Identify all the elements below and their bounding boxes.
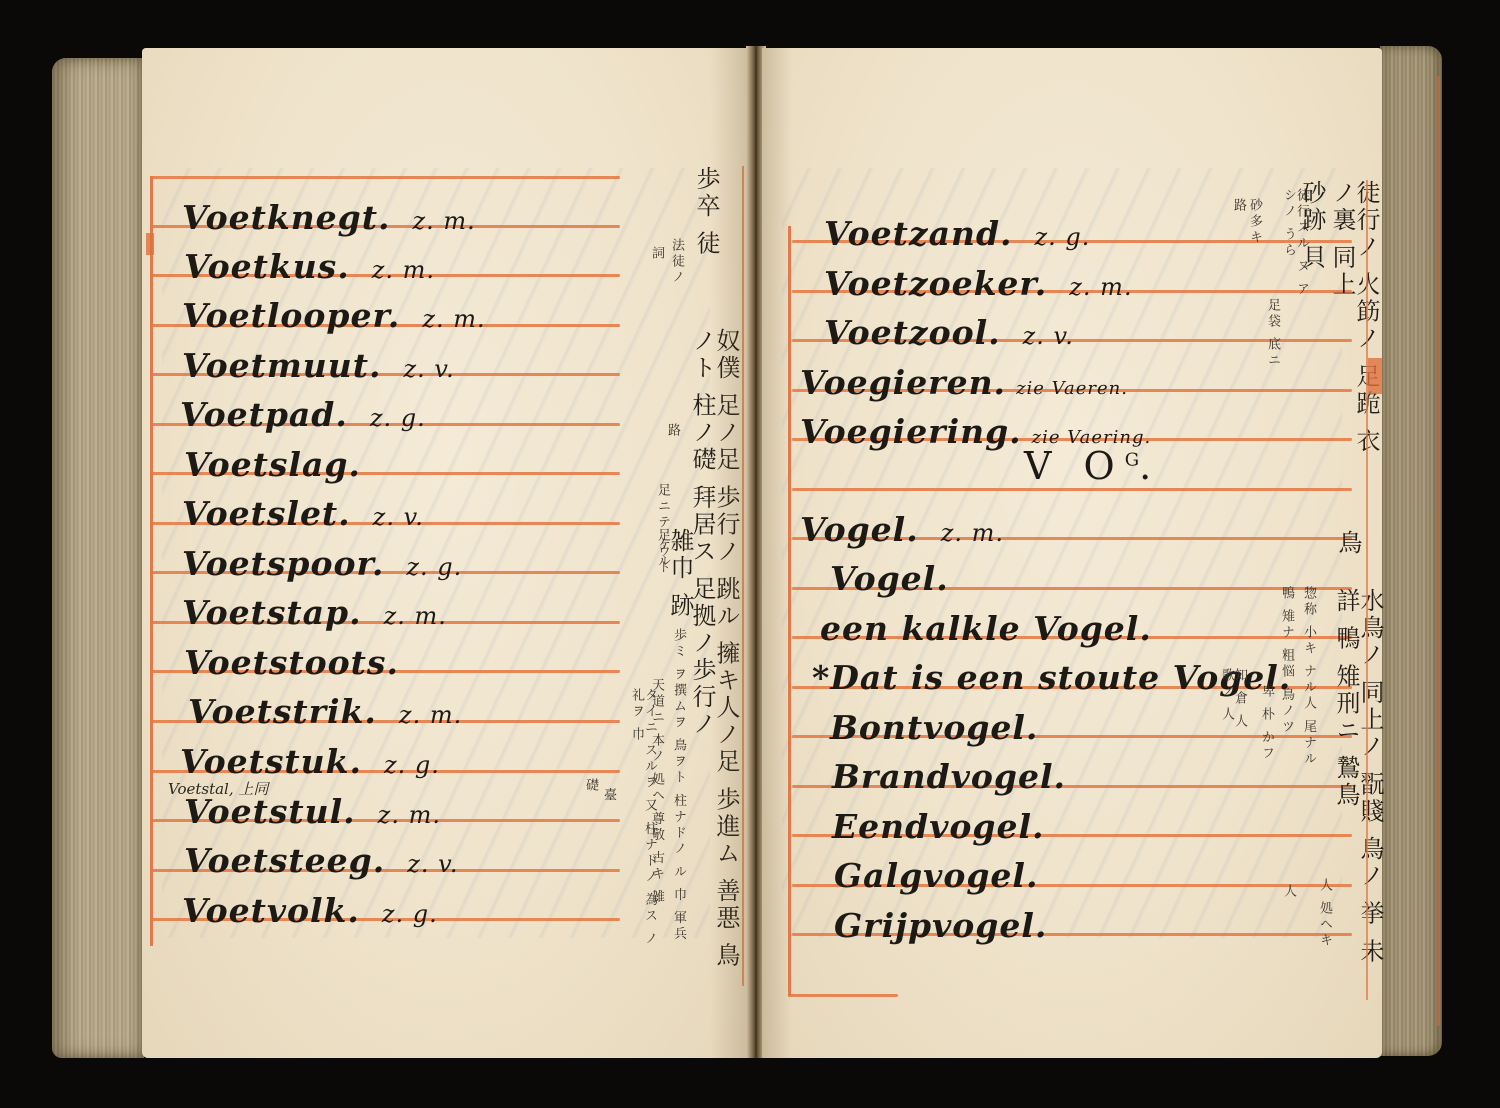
dictionary-sub-entry: Grijpvogel.	[834, 906, 1047, 945]
headword: Voetstoots.	[184, 643, 399, 682]
japanese-gloss-column: 足袋 底ニ	[1266, 298, 1279, 369]
sub-headword: Eendvogel.	[832, 807, 1045, 846]
dictionary-entry: Voetzoeker.z. m.	[824, 264, 1133, 303]
dictionary-entry: Vogel.z. m.	[800, 510, 1004, 549]
japanese-gloss-column: 雑巾 跡	[668, 528, 692, 620]
dictionary-entry: Voetstuk.z. g.	[180, 742, 440, 781]
open-book: Voetknegt.z. m. Voetkus.z. m. Voetlooper…	[0, 0, 1500, 1108]
gender-label: z. m.	[378, 801, 441, 829]
headword: Voetstul.	[184, 792, 356, 831]
headword: Voetstrik.	[188, 692, 377, 731]
gender-label: z. g.	[382, 900, 438, 928]
japanese-gloss-column: 知 倉 人 歌ノ 人	[1220, 668, 1246, 748]
headword: Voetzoeker.	[824, 264, 1047, 303]
dictionary-entry: Voetlooper.z. m.	[182, 296, 486, 335]
headword: Voetmuut.	[182, 346, 381, 385]
dictionary-sub-entry: Eendvogel.	[832, 807, 1045, 846]
sub-headword: Galgvogel.	[834, 856, 1038, 895]
headword: Voetstuk.	[180, 742, 362, 781]
gender-label: z. m.	[941, 519, 1004, 547]
gender-label: z. g.	[370, 404, 426, 432]
japanese-gloss-column: 歩ミ ヲ撰ムヲ 鳥ヲト 柱ナドノ ル 巾 軍兵	[672, 628, 685, 948]
japanese-gloss-column: 水鳥ノ 同上ノ 翫賤 鳥ノ 挙 未詳 鴨 雉刑ニ 鷙鳥	[1334, 588, 1382, 988]
headword: Voetvolk.	[182, 891, 360, 930]
ruled-line	[792, 488, 1352, 491]
dictionary-entry: Voetvolk.z. g.	[182, 891, 438, 930]
japanese-gloss-column: 人 処ヘキ	[1318, 878, 1331, 949]
right-margin-rule	[742, 166, 744, 986]
dictionary-sub-entry: Brandvogel.	[832, 757, 1066, 796]
dictionary-entry: Voetknegt.z. m.	[182, 198, 476, 237]
japanese-gloss-column: 鴨 雉ナ 粗悩 鳥ノツ	[1280, 586, 1293, 786]
japanese-gloss-column: 詞	[650, 246, 663, 262]
red-ink-mark	[1368, 358, 1382, 394]
left-page: Voetknegt.z. m. Voetkus.z. m. Voetlooper…	[142, 48, 750, 1058]
sub-headword: Brandvogel.	[832, 757, 1066, 796]
cross-reference: zie Vaeren.	[1016, 378, 1128, 399]
dictionary-sub-entry: Vogel.	[830, 559, 949, 598]
sub-headword: Grijpvogel.	[834, 906, 1047, 945]
headword: Voetlooper.	[182, 296, 400, 335]
headword: Voetstap.	[182, 593, 362, 632]
right-page: Voetzand.z. g. Voetzoeker.z. m. Voetzool…	[762, 48, 1382, 1058]
headword: Voetzand.	[824, 214, 1013, 253]
japanese-gloss-column: 鳥	[1336, 530, 1360, 557]
right-page-block-edge	[1380, 46, 1442, 1056]
sub-headword: een kalkle Vogel.	[820, 609, 1152, 648]
left-page-block-edge	[52, 58, 144, 1058]
japanese-gloss-column: 奴僕 足ノ足 歩行ノ 跳ル 擁キ人ノ足 歩進ム 善悪 鳥ノト 柱ノ礎 拜居ス 足…	[690, 328, 738, 978]
dictionary-sub-entry: een kalkle Vogel.	[820, 609, 1152, 648]
dictionary-entry: Voetpad.z. g.	[180, 395, 426, 434]
headword: Voetknegt.	[182, 198, 390, 237]
japanese-gloss-column: 砂多キ	[1248, 198, 1261, 246]
headword: Voetkus.	[184, 247, 350, 286]
japanese-gloss-column: 路	[1232, 198, 1245, 214]
ruled-line	[788, 994, 898, 997]
japanese-gloss-column: 人	[1282, 884, 1295, 900]
japanese-gloss-column: 徒行スル ヌ アシノ うら	[1282, 188, 1308, 308]
gender-label: z. v.	[403, 355, 454, 383]
section-heading: V OG.	[1024, 444, 1161, 488]
sub-headword: Bontvogel.	[830, 708, 1038, 747]
gender-label: z. m.	[422, 305, 485, 333]
headword: Voegieren.	[800, 363, 1006, 402]
dictionary-entry: Voetzool.z. v.	[824, 313, 1074, 352]
headword: Voetsteeg.	[184, 841, 385, 880]
gender-label: z. g.	[384, 751, 440, 779]
dictionary-entry: Voetstap.z. m.	[182, 593, 447, 632]
section-heading-letters: V O	[1024, 444, 1125, 488]
dictionary-entry: Voetspoor.z. g.	[182, 544, 462, 583]
japanese-gloss-column: 路	[666, 423, 679, 439]
headword: Voetspoor.	[182, 544, 384, 583]
dictionary-entry: Voetsteeg.z. v.	[184, 841, 458, 880]
dictionary-entry: Voetstoots.	[184, 643, 421, 682]
gender-label: z. m.	[412, 207, 475, 235]
japanese-gloss-column: 法徒ノ	[670, 238, 683, 286]
headword: Voetslag.	[184, 445, 361, 484]
ruled-line	[150, 176, 620, 179]
gender-label: z. m.	[1069, 273, 1132, 301]
dictionary-entry: Voetzand.z. g.	[824, 214, 1090, 253]
headword: Voetslet.	[182, 494, 351, 533]
left-margin-rule	[150, 176, 153, 946]
japanese-gloss-column: 卑 朴 かフ	[1260, 684, 1273, 762]
section-heading-superscript: G	[1125, 449, 1139, 470]
gender-label: z. m.	[384, 602, 447, 630]
dictionary-sub-entry: Bontvogel.	[830, 708, 1038, 747]
japanese-gloss-column: 惣称 小キ ナル人 尾ナル	[1302, 586, 1315, 786]
headword: Voetzool.	[824, 313, 1001, 352]
dictionary-sub-entry: Galgvogel.	[834, 856, 1038, 895]
section-heading-suffix: .	[1139, 444, 1161, 488]
dictionary-entry: Voegieren.zie Vaeren.	[800, 363, 1128, 402]
dictionary-entry: Voetstrik.z. m.	[188, 692, 462, 731]
headword: Voegiering.	[800, 412, 1022, 451]
dictionary-entry: Voetslag.	[184, 445, 383, 484]
gender-label: z. g.	[406, 553, 462, 581]
japanese-gloss-column: 徒行ノ 火筯ノ 足跪 衣ノ裏 同上	[1330, 180, 1378, 480]
gender-label: z. g.	[1035, 223, 1091, 251]
dictionary-entry: Voetmuut.z. v.	[182, 346, 455, 385]
japanese-gloss-column: タイニ スルヲ 又 柱ナドノ 為ス ノ礼ヲ 巾	[630, 688, 656, 948]
headword: Vogel.	[800, 510, 919, 549]
japanese-gloss-column: 臺	[602, 788, 615, 804]
red-ink-mark	[146, 233, 154, 255]
dictionary-entry: Voetslet.z. v.	[182, 494, 424, 533]
headword: Voetpad.	[180, 395, 348, 434]
gender-label: z. v.	[373, 503, 424, 531]
left-margin-rule	[788, 226, 791, 996]
sub-headword: Vogel.	[830, 559, 949, 598]
dictionary-entry: Voetstul.z. m.	[184, 792, 441, 831]
dictionary-entry: Voetkus.z. m.	[184, 247, 435, 286]
right-margin-rule	[1366, 180, 1368, 1000]
japanese-gloss-column: 礎	[584, 778, 597, 794]
gender-label: z. v.	[407, 850, 458, 878]
gender-label: z. m.	[372, 256, 435, 284]
gender-label: z. m.	[399, 701, 462, 729]
gender-label: z. v.	[1023, 322, 1074, 350]
